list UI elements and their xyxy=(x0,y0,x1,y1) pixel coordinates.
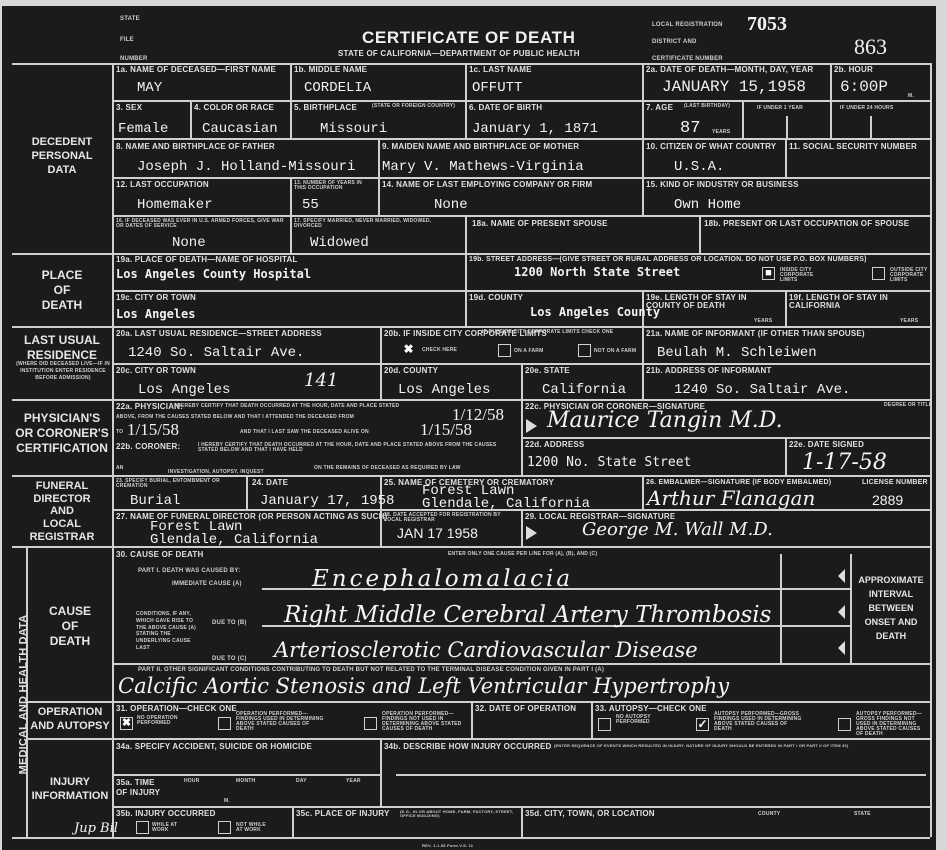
describe-rule xyxy=(396,774,926,776)
certificate-number: 863 xyxy=(854,36,887,58)
field-15-label: 15. KIND OF INDUSTRY OR BUSINESS xyxy=(646,181,799,189)
death-certificate: STATE FILE NUMBER CERTIFICATE OF DEATH S… xyxy=(2,6,936,850)
field-1b-label: 1b. MIDDLE NAME xyxy=(294,66,367,74)
date-signed: 1-17-58 xyxy=(802,452,887,474)
field-34b-label: 34b. DESCRIBE HOW INJURY OCCURRED xyxy=(384,743,552,751)
col-rule xyxy=(246,475,248,509)
employer: None xyxy=(434,198,468,212)
father-name: Joseph J. Holland-Missouri xyxy=(137,160,355,174)
residence-address: 1240 So. Saltair Ave. xyxy=(128,346,304,360)
field-12-label: 12. LAST OCCUPATION xyxy=(116,181,209,189)
outside-city-label: OUTSIDE CITY CORPORATE LIMITS xyxy=(890,268,928,283)
section-physician-certification: PHYSICIAN'S OR CORONER'S CERTIFICATION xyxy=(14,411,110,456)
bottom-rule xyxy=(12,837,930,839)
col-rule xyxy=(830,101,832,139)
certificate-number-label: CERTIFICATE NUMBER xyxy=(652,56,723,62)
district-number: 7053 xyxy=(747,14,787,34)
field-20c-label: 20c. CITY OR TOWN xyxy=(116,367,196,375)
interval-b-arrow-icon xyxy=(838,605,845,619)
date-of-birth: January 1, 1871 xyxy=(472,122,598,136)
coroner-investigation-label: INVESTIGATION, AUTOPSY, INQUEST xyxy=(168,470,264,475)
col-rule xyxy=(785,437,787,475)
field-22d-label: 22d. ADDRESS xyxy=(525,441,584,449)
not-while-at-work-checkbox[interactable] xyxy=(218,821,231,834)
col-rule xyxy=(642,475,644,509)
registrar-arrow-icon xyxy=(526,526,537,540)
first-name: MAY xyxy=(137,81,162,95)
row-rule xyxy=(521,437,930,439)
section-injury-information: INJURY INFORMATION xyxy=(28,776,112,804)
field-22b-label: 22b. CORONER: xyxy=(116,443,180,451)
col-rule xyxy=(378,177,380,215)
inside-city-checkbox[interactable]: ■ xyxy=(762,267,775,280)
col-rule xyxy=(642,326,644,399)
number-label: NUMBER xyxy=(120,56,148,62)
death-county: Los Angeles County xyxy=(530,306,660,318)
section-cause-of-death: CAUSE OF DEATH xyxy=(28,604,112,649)
injury-day-label: DAY xyxy=(296,779,307,784)
file-label: FILE xyxy=(120,37,134,43)
marital-status: Widowed xyxy=(310,236,369,250)
field-4-label: 4. COLOR OR RACE xyxy=(194,104,274,112)
registrar-signature: George M. Wall M.D. xyxy=(582,521,773,539)
col-rule xyxy=(465,253,467,326)
field-19e-label: 19e. LENGTH OF STAY IN COUNTY OF DEATH xyxy=(646,294,756,310)
no-operation-checkbox[interactable]: ✖ xyxy=(120,717,133,730)
col-rule xyxy=(642,101,644,139)
check-here-label: CHECK HERE xyxy=(422,348,457,353)
operation-used-label: OPERATION PERFORMED—FINDINGS USED IN DET… xyxy=(236,712,328,732)
field-19b-label: 19b. STREET ADDRESS—(GIVE STREET OR RURA… xyxy=(469,256,867,263)
not-on-farm-checkbox[interactable] xyxy=(578,344,591,357)
autopsy-used-label: AUTOPSY PERFORMED—GROSS FINDINGS USED IN… xyxy=(714,712,804,732)
injury-year-label: YEAR xyxy=(346,779,361,784)
field-35a-label: 35a. TIME OF INJURY xyxy=(116,778,166,797)
col-rule xyxy=(642,63,644,101)
field-34b-note: (ENTER SEQUENCE OF EVENTS WHICH RESULTED… xyxy=(554,744,849,748)
residence-county: Los Angeles xyxy=(398,383,490,397)
date-accepted: JAN 17 1958 xyxy=(397,526,478,540)
signature-arrow-icon xyxy=(526,419,537,433)
form-revision: REV. 1-1-56 Form V.S. 11 xyxy=(422,844,473,848)
col-rule xyxy=(830,63,832,101)
field-30-label: 30. CAUSE OF DEATH xyxy=(116,551,203,559)
col-rule xyxy=(292,806,294,837)
coroner-an-label: AN xyxy=(116,466,124,471)
operation-used-checkbox[interactable] xyxy=(218,717,231,730)
armed-forces: None xyxy=(172,236,206,250)
row-rule xyxy=(112,663,930,665)
row-rule xyxy=(112,774,380,776)
row-rule xyxy=(112,138,930,140)
field-20d-label: 20d. COUNTY xyxy=(384,367,438,375)
state-label: STATE xyxy=(120,16,140,22)
field-22a-label: 22a. PHYSICIAN: xyxy=(116,403,183,411)
approximate-interval-label: APPROXIMATE INTERVAL BETWEEN ONSET AND D… xyxy=(852,574,930,644)
hour-suffix: M. xyxy=(908,94,914,99)
citizenship: U.S.A. xyxy=(674,160,724,174)
residence-note: (WHERE DID DECEASED LIVE—IF IN INSTITUTI… xyxy=(16,361,110,382)
field-23-label: 23. SPECIFY BURIAL, ENTOMBMENT OR CREMAT… xyxy=(116,479,236,489)
last-occupation: Homemaker xyxy=(137,198,213,212)
field-19d-label: 19d. COUNTY xyxy=(469,294,523,302)
field-32-label: 32. DATE OF OPERATION xyxy=(475,705,576,713)
col-rule xyxy=(699,215,701,253)
row-rule xyxy=(112,100,930,102)
cause-b: Right Middle Cerebral Artery Thrombosis xyxy=(284,604,771,627)
field-22e-label: 22e. DATE SIGNED xyxy=(789,441,864,449)
col-rule xyxy=(870,116,872,138)
row-rule xyxy=(112,177,930,179)
cemetery-location: Glendale, California xyxy=(422,497,590,511)
col-rule xyxy=(190,101,192,139)
immediate-cause-label: IMMEDIATE CAUSE (A) xyxy=(172,581,242,587)
death-city: Los Angeles xyxy=(116,308,195,320)
injury-hour-label: HOUR xyxy=(184,779,200,784)
field-28-label: 28. DATE ACCEPTED FOR REGISTRATION BY LO… xyxy=(384,513,514,523)
due-to-c-label: DUE TO (C) xyxy=(212,656,247,662)
on-farm-checkbox[interactable] xyxy=(498,344,511,357)
field-5-note: (STATE OR FOREIGN COUNTRY) xyxy=(372,104,455,109)
section-funeral-director: FUNERAL DIRECTOR AND LOCAL REGISTRAR xyxy=(14,480,110,543)
col-rule xyxy=(785,139,787,177)
section-place-of-death: PLACE OF DEATH xyxy=(14,268,110,313)
injury-m-label: M. xyxy=(224,799,230,804)
col-rule xyxy=(465,63,467,101)
field-24-label: 24. DATE xyxy=(252,479,288,487)
field-7-note: (LAST BIRTHDAY) xyxy=(684,104,730,109)
col-rule xyxy=(380,475,382,546)
certificate-subtitle: STATE OF CALIFORNIA—DEPARTMENT OF PUBLIC… xyxy=(338,50,580,58)
field-35c-note: (E.G., IN OR ABOUT HOME, FARM, FACTORY, … xyxy=(400,810,518,818)
not-on-farm-label: NOT ON A FARM xyxy=(594,349,636,354)
section-operation-autopsy: OPERATION AND AUTOPSY xyxy=(28,706,112,734)
field-8-label: 8. NAME AND BIRTHPLACE OF FATHER xyxy=(116,143,275,151)
due-to-b-label: DUE TO (B) xyxy=(212,620,247,626)
field-20a-label: 20a. LAST USUAL RESIDENCE—STREET ADDRESS xyxy=(116,330,322,338)
inside-city-label: INSIDE CITY CORPORATE LIMITS xyxy=(780,268,820,283)
cause-a: Encephalomalacia xyxy=(312,568,573,591)
death-street-address: 1200 North State Street xyxy=(514,266,680,278)
field-7-label: 7. AGE xyxy=(646,104,673,112)
field-2a-label: 2a. DATE OF DEATH—MONTH, DAY, YEAR xyxy=(646,66,813,74)
field-26-label: 26. EMBALMER—SIGNATURE (IF BODY EMBALMED… xyxy=(646,479,831,486)
field-1c-label: 1c. LAST NAME xyxy=(469,66,532,74)
field-19f-unit: YEARS xyxy=(900,319,918,324)
col-rule xyxy=(642,177,644,215)
col-rule xyxy=(780,554,782,663)
autopsy-used-checkbox[interactable]: ✓ xyxy=(696,718,709,731)
hospital-name: Los Angeles County Hospital xyxy=(116,268,311,280)
row-rule xyxy=(26,701,930,703)
field-3-label: 3. SEX xyxy=(116,104,142,112)
while-at-work-label: WHILE AT WORK xyxy=(152,823,182,833)
col-rule xyxy=(785,290,787,326)
col-rule xyxy=(521,806,523,837)
other-conditions: Calcific Aortic Stenosis and Left Ventri… xyxy=(118,676,729,697)
age-unit: YEARS xyxy=(712,130,730,135)
physician-to-label: TO xyxy=(116,430,123,435)
field-34a-label: 34a. SPECIFY ACCIDENT, SUICIDE OR HOMICI… xyxy=(116,743,312,751)
coroner-remains-label: ON THE REMAINS OF DECEASED AS REQUIRED B… xyxy=(314,466,461,471)
row-rule xyxy=(12,326,930,328)
age: 87 xyxy=(680,120,700,137)
informant-name: Beulah M. Schleiwen xyxy=(657,346,817,360)
section-decedent-personal-data: DECEDENT PERSONAL DATA xyxy=(14,136,110,177)
residence-state: California xyxy=(542,383,626,397)
under-24-hours-label: IF UNDER 24 HOURS xyxy=(840,106,893,111)
operation-not-used-checkbox[interactable] xyxy=(364,717,377,730)
section-divider xyxy=(112,63,114,837)
local-registration-label: LOCAL REGISTRATION xyxy=(652,22,723,28)
while-at-work-checkbox[interactable] xyxy=(136,821,149,834)
years-in-occupation: 55 xyxy=(302,198,319,212)
col-rule xyxy=(642,139,644,177)
funeral-director-location: Glendale, California xyxy=(150,533,318,547)
conditions-label: CONDITIONS, IF ANY, WHICH GAVE RISE TO T… xyxy=(136,611,200,652)
col-rule xyxy=(786,116,788,138)
last-name: OFFUTT xyxy=(472,81,522,95)
col-rule xyxy=(465,215,467,253)
on-farm-label: ON A FARM xyxy=(514,349,543,354)
field-6-label: 6. DATE OF BIRTH xyxy=(469,104,542,112)
no-autopsy-label: NO AUTOPSY PERFORMED xyxy=(616,715,656,725)
mother-name: Mary V. Mathews-Virginia xyxy=(382,160,584,174)
col-rule xyxy=(465,101,467,139)
injury-county-label: COUNTY xyxy=(758,812,780,817)
col-rule xyxy=(290,63,292,101)
field-18a-label: 18a. NAME OF PRESENT SPOUSE xyxy=(472,220,608,228)
industry: Own Home xyxy=(674,198,741,212)
cause-c: Arteriosclerotic Cardiovascular Disease xyxy=(274,640,698,661)
certificate-title: CERTIFICATE OF DEATH xyxy=(362,29,575,46)
operation-not-used-label: OPERATION PERFORMED—FINDINGS NOT USED IN… xyxy=(382,712,472,732)
field-5-label: 5. BIRTHPLACE xyxy=(294,104,357,112)
license-number-label: LICENSE NUMBER xyxy=(862,479,928,486)
col-rule xyxy=(521,509,523,546)
row-rule xyxy=(112,215,930,217)
col-rule xyxy=(290,177,292,215)
physician-address: 1200 No. State Street xyxy=(527,456,691,469)
residence-city: Los Angeles xyxy=(138,383,230,397)
field-21a-label: 21a. NAME OF INFORMANT (IF OTHER THAN SP… xyxy=(646,330,865,338)
field-18b-label: 18b. PRESENT OR LAST OCCUPATION OF SPOUS… xyxy=(704,220,909,228)
field-17-label: 17. SPECIFY MARRIED, NEVER MARRIED, WIDO… xyxy=(294,219,454,229)
autopsy-not-used-checkbox[interactable] xyxy=(838,718,851,731)
col-rule xyxy=(380,326,382,399)
cause-instruction: ENTER ONLY ONE CAUSE PER LINE FOR (A), (… xyxy=(448,552,597,557)
right-border xyxy=(930,63,932,837)
col-rule xyxy=(378,139,380,177)
field-19c-label: 19c. CITY OR TOWN xyxy=(116,294,196,302)
field-13-label: 13. NUMBER OF YEARS IN THIS OCCUPATION xyxy=(294,181,374,191)
field-19a-label: 19a. PLACE OF DEATH—NAME OF HOSPITAL xyxy=(116,256,298,264)
field-1a-label: 1a. NAME OF DECEASED—FIRST NAME xyxy=(116,66,276,74)
field-9-label: 9. MAIDEN NAME AND BIRTHPLACE OF MOTHER xyxy=(382,143,579,151)
col-rule xyxy=(591,701,593,738)
physician-cert-text-1: I HEREBY CERTIFY THAT DEATH OCCURRED AT … xyxy=(174,404,399,409)
row-rule xyxy=(26,738,930,740)
interval-a-arrow-icon xyxy=(838,569,845,583)
disposition-date: January 17, 1958 xyxy=(260,494,394,508)
part-2-label: PART II. OTHER SIGNIFICANT CONDITIONS CO… xyxy=(138,667,604,673)
informant-address: 1240 So. Saltair Ave. xyxy=(674,383,850,397)
field-21b-label: 21b. ADDRESS OF INFORMANT xyxy=(646,367,772,375)
row-rule xyxy=(112,290,930,292)
physician-signature: Maurice Tangin M.D. xyxy=(547,410,783,432)
physician-cert-text-3: AND THAT I LAST SAW THE DECEASED ALIVE O… xyxy=(240,430,369,435)
field-2b-label: 2b. HOUR xyxy=(834,66,873,74)
not-while-at-work-label: NOT WHILE AT WORK xyxy=(236,823,270,833)
disposition: Burial xyxy=(130,494,180,508)
injury-state-label: STATE xyxy=(854,812,871,817)
field-35d-label: 35d. CITY, TOWN, OR LOCATION xyxy=(525,810,655,818)
col-rule xyxy=(742,101,744,139)
field-35b-label: 35b. INJURY OCCURRED xyxy=(116,810,216,818)
part-1-label: PART I. DEATH WAS CAUSED BY: xyxy=(138,568,240,574)
embalmer-signature: Arthur Flanagan xyxy=(647,488,815,508)
no-operation-label: NO OPERATION PERFORMED xyxy=(137,716,187,726)
field-19e-unit: YEARS xyxy=(754,319,772,324)
row-rule xyxy=(12,475,930,477)
field-20e-label: 20e. STATE xyxy=(525,367,570,375)
margin-initials: Jup Bil xyxy=(74,822,118,835)
district-label: DISTRICT AND xyxy=(652,39,697,45)
interval-c-arrow-icon xyxy=(838,641,845,655)
middle-name: CORDELIA xyxy=(304,81,371,95)
attended-to-date: 1/15/58 xyxy=(127,421,179,438)
hour-of-death: 6:00P xyxy=(840,79,888,95)
autopsy-not-used-label: AUTOPSY PERFORMED—GROSS FINDINGS NOT USE… xyxy=(856,712,928,737)
col-rule xyxy=(290,101,292,139)
field-16-label: 16. IF DECEASED WAS EVER IN U.S. ARMED F… xyxy=(116,219,286,229)
date-of-death: JANUARY 15,1958 xyxy=(662,79,806,95)
embalmer-license: 2889 xyxy=(872,493,903,507)
residence-annotation: 141 xyxy=(304,372,338,390)
field-35c-label: 35c. PLACE OF INJURY xyxy=(296,810,390,818)
field-19f-label: 19f. LENGTH OF STAY IN CALIFORNIA xyxy=(789,294,899,310)
birthplace: Missouri xyxy=(320,122,387,136)
field-11-label: 11. SOCIAL SECURITY NUMBER xyxy=(789,143,917,151)
outside-city-limits-label: IF OUTSIDE CITY CORPORATE LIMITS CHECK O… xyxy=(482,330,632,335)
under-1-year-label: IF UNDER 1 YEAR xyxy=(757,106,803,111)
race: Caucasian xyxy=(202,122,278,136)
coroner-cert-text: I HEREBY CERTIFY THAT DEATH OCCURRED AT … xyxy=(198,443,518,453)
field-14-label: 14. NAME OF LAST EMPLOYING COMPANY OR FI… xyxy=(382,181,592,189)
degree-title-label: DEGREE OR TITLE xyxy=(884,403,932,408)
last-seen-date: 1/15/58 xyxy=(420,421,472,438)
section-last-usual-residence: LAST USUAL RESIDENCE xyxy=(14,333,110,363)
col-rule xyxy=(521,363,523,399)
inside-city-limits-check[interactable]: ✖ xyxy=(402,344,415,357)
sex: Female xyxy=(118,122,168,136)
field-10-label: 10. CITIZEN OF WHAT COUNTRY xyxy=(646,143,776,151)
col-rule xyxy=(521,399,523,475)
injury-month-label: MONTH xyxy=(236,779,255,784)
field-33-label: 33. AUTOPSY—CHECK ONE xyxy=(595,705,707,713)
col-rule xyxy=(380,738,382,806)
col-rule xyxy=(290,215,292,253)
row-rule xyxy=(12,399,930,401)
no-autopsy-checkbox[interactable] xyxy=(598,718,611,731)
outside-city-checkbox[interactable] xyxy=(872,267,885,280)
field-31-label: 31. OPERATION—CHECK ONE xyxy=(116,705,237,713)
